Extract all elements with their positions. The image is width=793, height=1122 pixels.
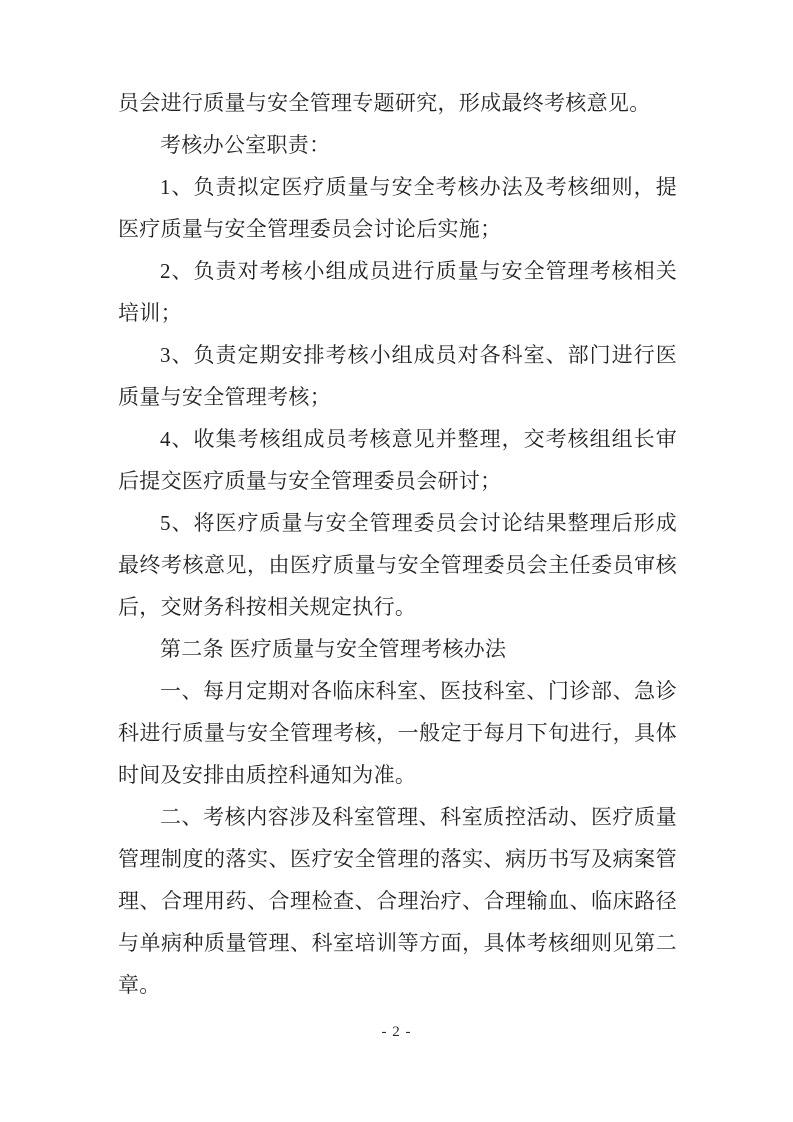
text-line: 最终考核意见，由医疗质量与安全管理委员会主任委员审核 xyxy=(118,544,677,586)
text-line: 理、合理用药、合理检查、合理治疗、合理输血、临床路径 xyxy=(118,880,677,922)
text-line: 员会进行质量与安全管理专题研究，形成最终考核意见。 xyxy=(118,82,677,124)
text-line: 后提交医疗质量与安全管理委员会研讨； xyxy=(118,460,677,502)
document-body: 员会进行质量与安全管理专题研究，形成最终考核意见。 考核办公室职责： 1、负责拟… xyxy=(118,82,677,1006)
document-page: 员会进行质量与安全管理专题研究，形成最终考核意见。 考核办公室职责： 1、负责拟… xyxy=(0,0,793,1122)
text-line: 一、每月定期对各临床科室、医技科室、门诊部、急诊 xyxy=(118,670,677,712)
text-line: 5、将医疗质量与安全管理委员会讨论结果整理后形成 xyxy=(118,502,677,544)
text-line: 医疗质量与安全管理委员会讨论后实施； xyxy=(118,208,677,250)
text-line: 章。 xyxy=(118,964,677,1006)
text-line: 2、负责对考核小组成员进行质量与安全管理考核相关 xyxy=(118,250,677,292)
text-line: 1、负责拟定医疗质量与安全考核办法及考核细则，提交 xyxy=(118,166,677,208)
text-line: 科进行质量与安全管理考核，一般定于每月下旬进行，具体 xyxy=(118,712,677,754)
text-line: 培训； xyxy=(118,292,677,334)
text-line: 后，交财务科按相关规定执行。 xyxy=(118,586,677,628)
section-heading: 第二条 医疗质量与安全管理考核办法 xyxy=(118,628,677,670)
text-line: 4、收集考核组成员考核意见并整理，交考核组组长审核 xyxy=(118,418,677,460)
text-line: 3、负责定期安排考核小组成员对各科室、部门进行医疗 xyxy=(118,334,677,376)
text-line: 考核办公室职责： xyxy=(118,124,677,166)
text-line: 与单病种质量管理、科室培训等方面，具体考核细则见第二 xyxy=(118,922,677,964)
text-line: 质量与安全管理考核； xyxy=(118,376,677,418)
text-line: 时间及安排由质控科通知为准。 xyxy=(118,754,677,796)
page-number: - 2 - xyxy=(0,1022,793,1042)
text-line: 二、考核内容涉及科室管理、科室质控活动、医疗质量 xyxy=(118,796,677,838)
text-line: 管理制度的落实、医疗安全管理的落实、病历书写及病案管 xyxy=(118,838,677,880)
